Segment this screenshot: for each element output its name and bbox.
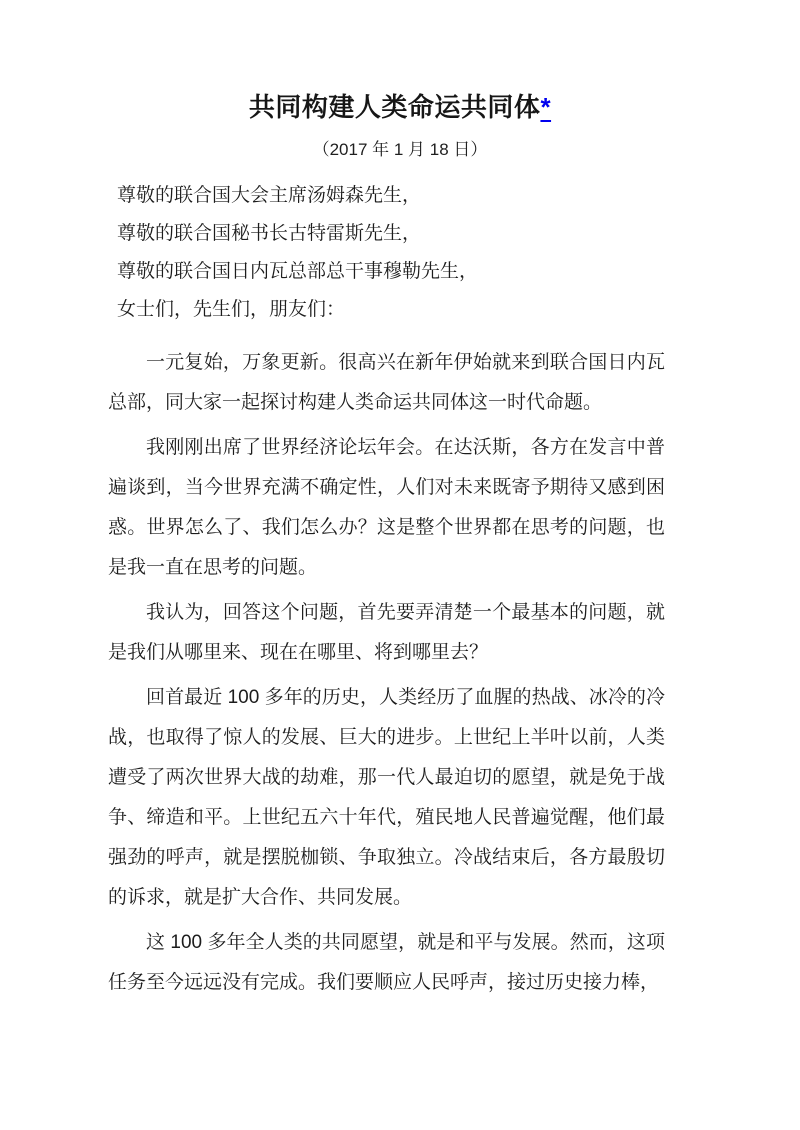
salutation-line: 尊敬的联合国大会主席汤姆森先生， (117, 177, 800, 215)
document-page: 共同构建人类命运共同体* （2017 年 1 月 18 日） 尊敬的联合国大会主… (0, 0, 800, 1130)
body-paragraph: 一元复始，万象更新。很高兴在新年伊始就来到联合国日内瓦总部，同大家一起探讨构建人… (108, 343, 665, 423)
salutation-line: 尊敬的联合国秘书长古特雷斯先生， (117, 215, 800, 253)
speech-body: 一元复始，万象更新。很高兴在新年伊始就来到联合国日内瓦总部，同大家一起探讨构建人… (108, 343, 665, 1003)
body-paragraph: 我刚刚出席了世界经济论坛年会。在达沃斯，各方在发言中普遍谈到，当今世界充满不确定… (108, 428, 665, 588)
body-paragraph: 这 100 多年全人类的共同愿望，就是和平与发展。然而，这项任务至今远远没有完成… (108, 923, 665, 1003)
salutations-block: 尊敬的联合国大会主席汤姆森先生， 尊敬的联合国秘书长古特雷斯先生， 尊敬的联合国… (117, 177, 800, 329)
page-title: 共同构建人类命运共同体* (0, 0, 800, 126)
date-line: （2017 年 1 月 18 日） (0, 135, 800, 165)
salutation-line: 女士们，先生们，朋友们： (117, 291, 800, 329)
body-paragraph: 我认为，回答这个问题，首先要弄清楚一个最基本的问题，就是我们从哪里来、现在在哪里… (108, 593, 665, 673)
page-title-text: 共同构建人类命运共同体 (249, 92, 541, 122)
salutation-line: 尊敬的联合国日内瓦总部总干事穆勒先生， (117, 253, 800, 291)
body-paragraph: 回首最近 100 多年的历史，人类经历了血腥的热战、冰冷的冷战，也取得了惊人的发… (108, 678, 665, 918)
footnote-asterisk-link[interactable]: * (540, 92, 551, 122)
